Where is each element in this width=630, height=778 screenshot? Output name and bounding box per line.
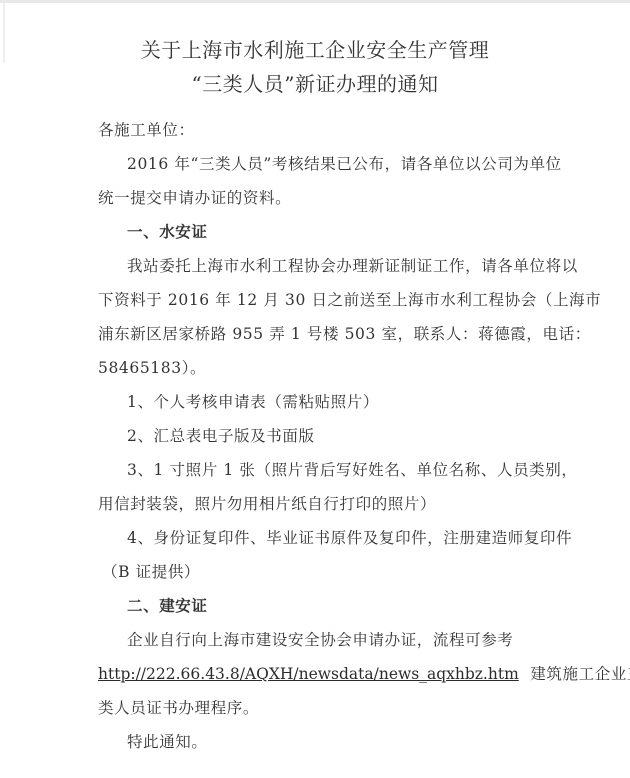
list-item-3-line-1: 3、1 寸照片 1 张（照片背后写好姓名、单位名称、人员类别， <box>127 458 577 480</box>
list-item-4-line-1: 4、身份证复印件、毕业证书原件及复印件，注册建造师复印件 <box>127 526 572 548</box>
closing: 特此通知。 <box>127 730 208 752</box>
list-item-3-line-2: 用信封装袋，照片勿用相片纸自行打印的照片） <box>98 492 436 514</box>
section-1-heading: 一、水安证 <box>127 220 208 242</box>
section-1-para-line-2: 下资料于 2016 年 12 月 30 日之前送至上海市水利工程协会（上海市 <box>98 288 601 310</box>
list-item-2: 2、汇总表电子版及书面版 <box>127 424 315 446</box>
intro-line-2: 统一提交申请办证的资料。 <box>98 186 291 208</box>
document-title-line-1: 关于上海市水利施工企业安全生产管理 <box>0 34 630 63</box>
section-2-para-line-2-rest: 建筑施工企业三 <box>530 665 630 683</box>
list-item-4-line-2: （B 证提供） <box>102 560 200 582</box>
section-1-para-line-4: 58465183）。 <box>98 356 206 378</box>
intro-line-1: 2016 年“三类人员”考核结果已公布，请各单位以公司为单位 <box>127 152 562 174</box>
section-2-para-line-3: 类人员证书办理程序。 <box>98 696 259 718</box>
document-page: 关于上海市水利施工企业安全生产管理 “三类人员”新证办理的通知 各施工单位： 2… <box>0 0 630 778</box>
list-item-1: 1、个人考核申请表（需粘贴照片） <box>127 390 379 412</box>
section-1-para-line-3: 浦东新区居家桥路 955 弄 1 号楼 503 室，联系人：蒋德霞，电话： <box>98 322 591 344</box>
section-1-para-line-1: 我站委托上海市水利工程协会办理新证制证工作，请各单位将以 <box>127 254 578 276</box>
section-2-heading: 二、建安证 <box>127 594 208 616</box>
section-2-para-line-2: http://222.66.43.8/AQXH/newsdata/news_aq… <box>98 662 630 684</box>
section-2-para-line-1: 企业自行向上海市建设安全协会申请办证，流程可参考 <box>127 628 513 650</box>
reference-link[interactable]: http://222.66.43.8/AQXH/newsdata/news_aq… <box>98 665 519 683</box>
salutation: 各施工单位： <box>98 118 195 140</box>
document-title-line-2: “三类人员”新证办理的通知 <box>0 68 630 97</box>
